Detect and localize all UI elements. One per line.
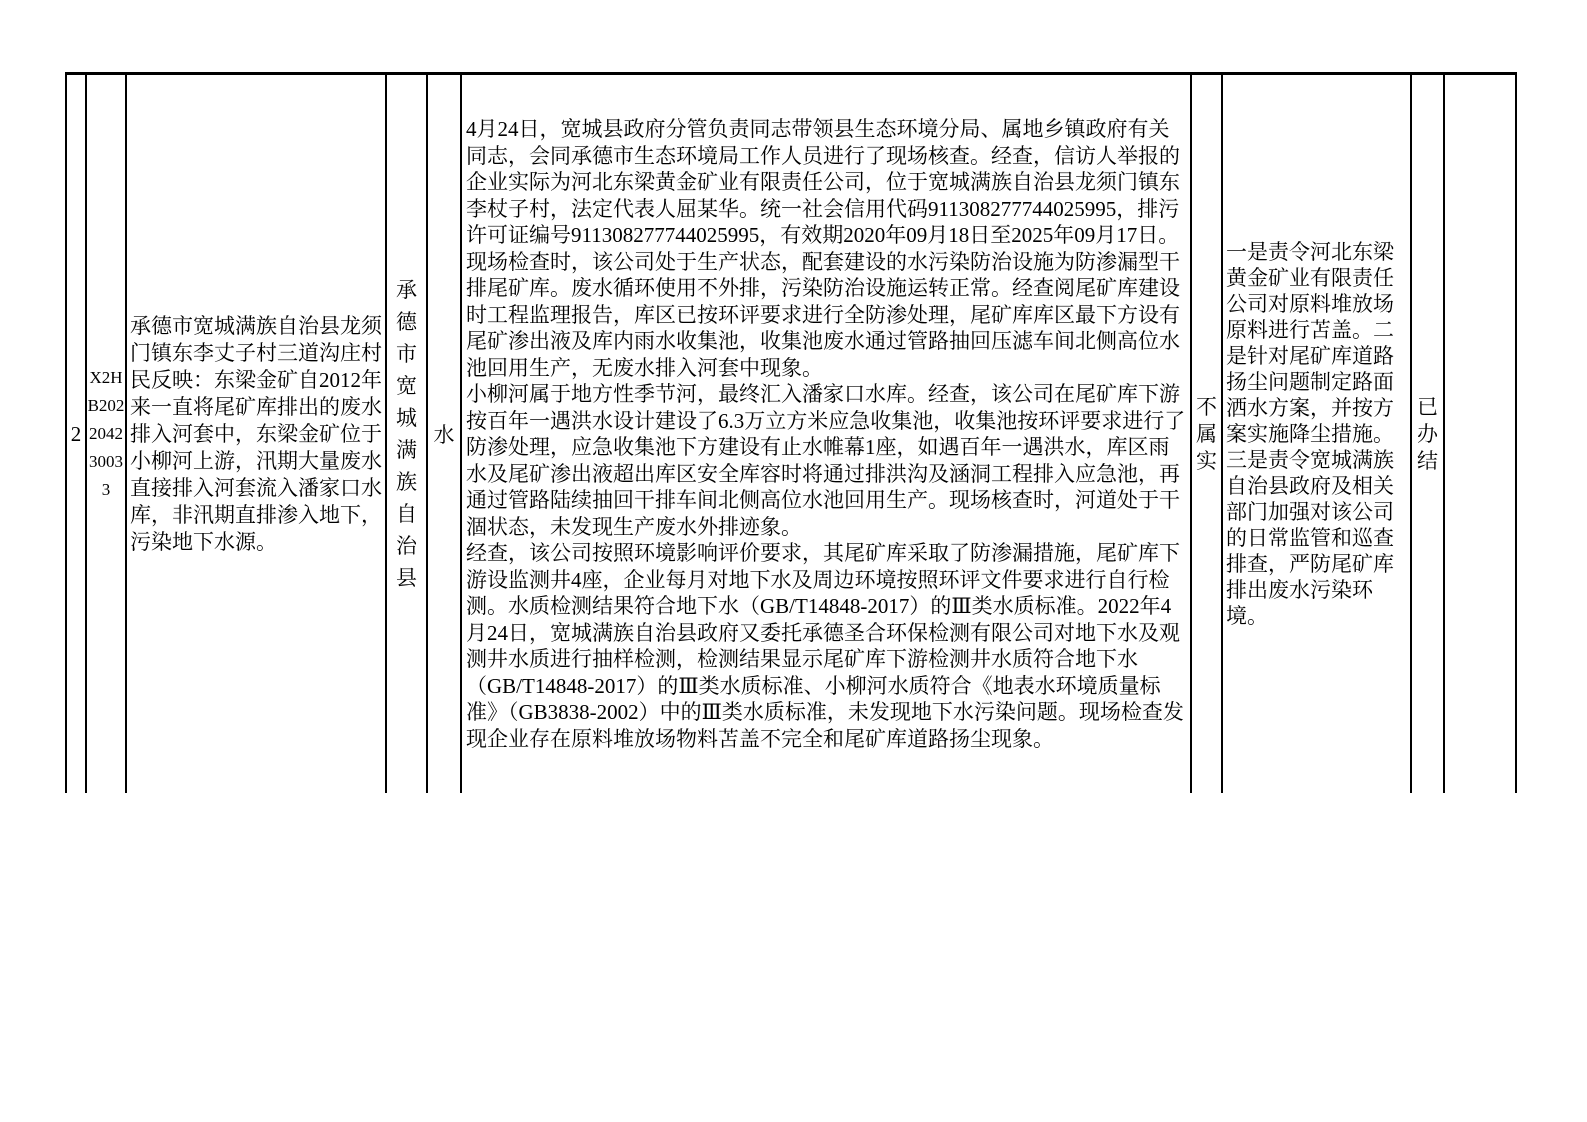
complaint-text: 承德市宽城满族自治县龙须门镇东李丈子村三道沟庄村民反映：东梁金矿自2012年来一… — [130, 313, 382, 556]
investigation-paragraph-2: 小柳河属于地方性季节河，最终汇入潘家口水库。经查，该公司在尾矿库下游按百年一遇洪… — [466, 381, 1186, 540]
investigation-cell: 4月24日，宽城县政府分管负责同志带领县生态环境分局、属地乡镇政府有关同志，会同… — [462, 75, 1192, 793]
handling-measures-text: 一是责令河北东梁黄金矿业有限责任公司对原料堆放场原料进行苫盖。二是针对尾矿库道路… — [1226, 239, 1407, 629]
case-code: X2HB202204230033 — [87, 364, 125, 504]
row-number-cell: 2 — [67, 75, 87, 793]
pollution-type: 水 — [434, 419, 455, 449]
pollution-type-cell: 水 — [428, 75, 462, 793]
verification-result-cell: 不属实 — [1192, 75, 1223, 793]
verification-result: 不属实 — [1192, 394, 1221, 475]
document-page: 2 X2HB202204230033 承德市宽城满族自治县龙须门镇东李丈子村三道… — [0, 0, 1587, 1122]
investigation-paragraph-3: 经查，该公司按照环境影响评价要求，其尾矿库采取了防渗漏措施，尾矿库下游设监测井4… — [466, 540, 1186, 752]
handling-measures-cell: 一是责令河北东梁黄金矿业有限责任公司对原料堆放场原料进行苫盖。二是针对尾矿库道路… — [1223, 75, 1412, 793]
table-row: 2 X2HB202204230033 承德市宽城满族自治县龙须门镇东李丈子村三道… — [65, 72, 1517, 793]
status-cell: 已办结 — [1412, 75, 1445, 793]
region-cell: 承德市宽城满族自治县 — [387, 75, 428, 793]
complaint-cell: 承德市宽城满族自治县龙须门镇东李丈子村三道沟庄村民反映：东梁金矿自2012年来一… — [127, 75, 387, 793]
region-text: 承德市宽城满族自治县 — [387, 274, 426, 594]
empty-cell — [1445, 75, 1517, 793]
investigation-paragraph-1: 4月24日，宽城县政府分管负责同志带领县生态环境分局、属地乡镇政府有关同志，会同… — [466, 116, 1186, 381]
status-text: 已办结 — [1412, 394, 1443, 475]
row-number: 2 — [71, 422, 82, 447]
case-code-cell: X2HB202204230033 — [87, 75, 127, 793]
